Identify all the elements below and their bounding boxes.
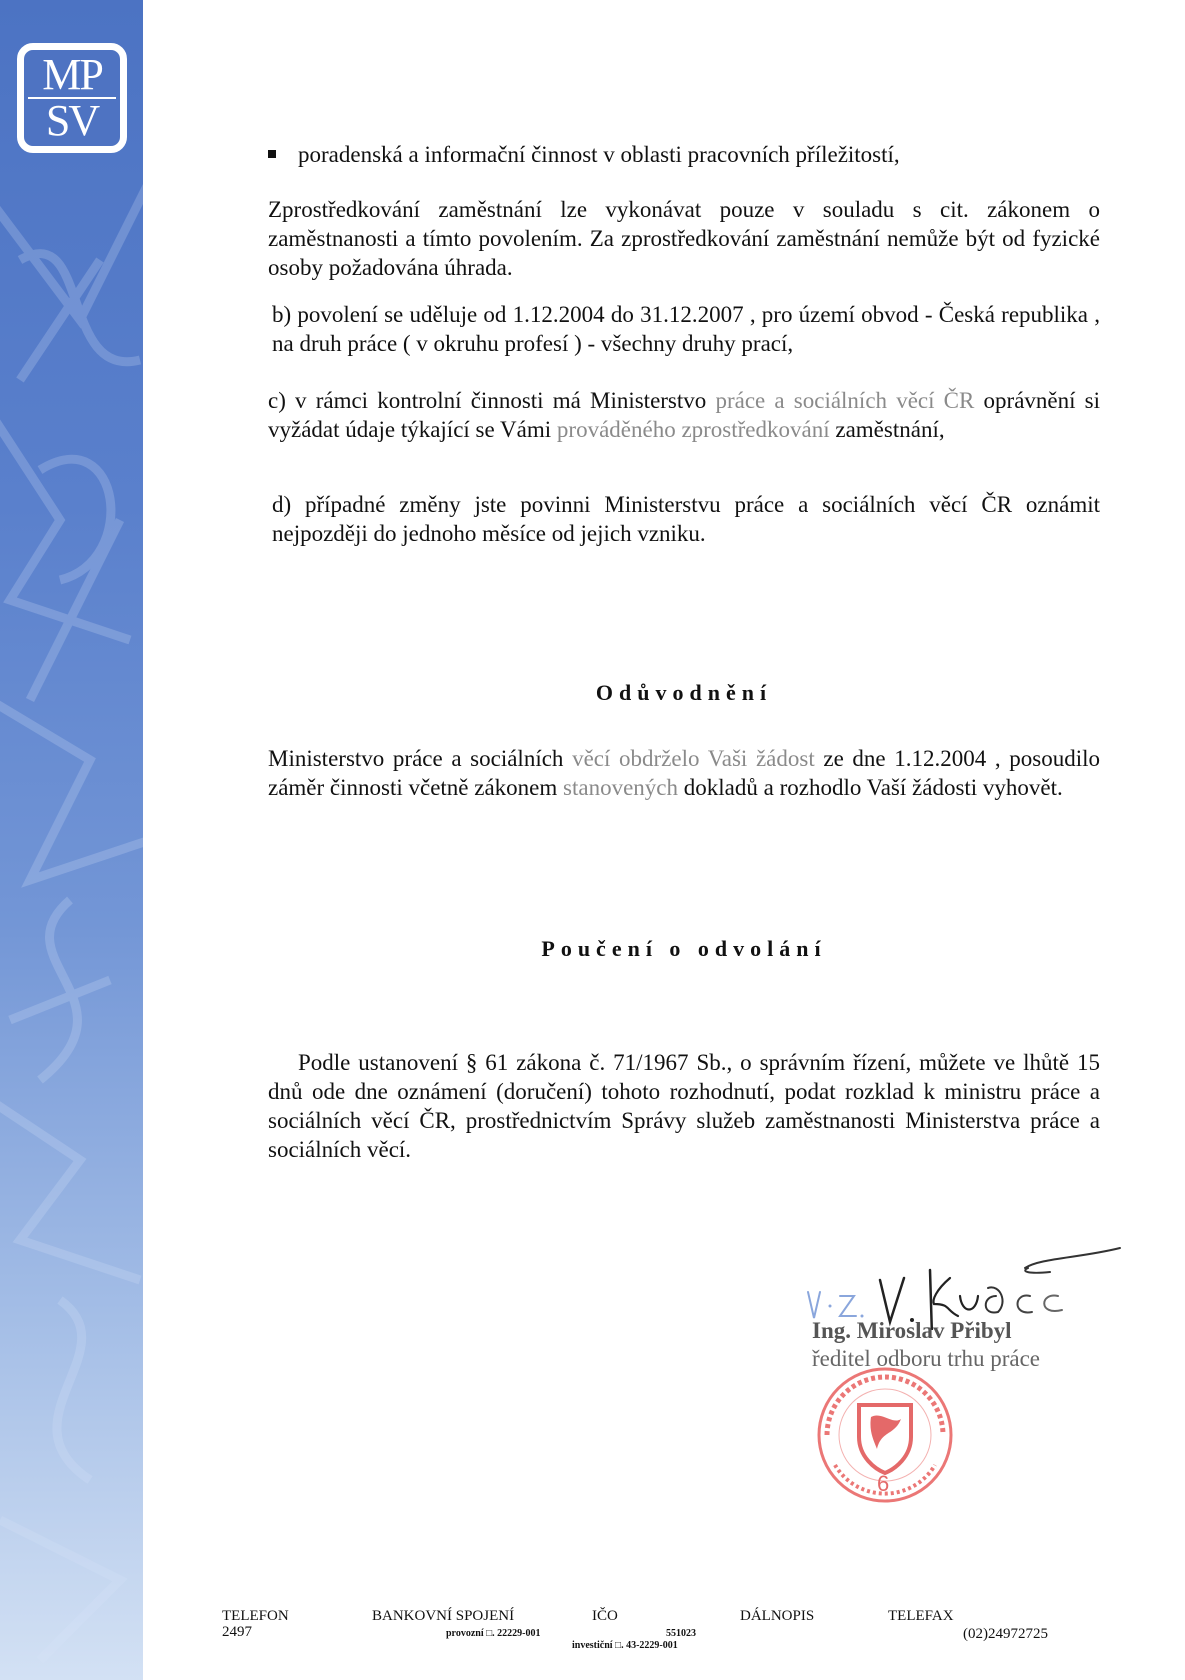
footer-telefon-label: TELEFON	[222, 1608, 289, 1625]
paragraph-c-text-5: zaměstnání,	[835, 417, 944, 442]
paragraph-c-text-4: prováděného zprostředkování	[557, 417, 830, 442]
paragraph-mediation: Zprostředkování zaměstnání lze vykonávat…	[268, 195, 1100, 282]
logo-line-2: SV	[46, 101, 98, 141]
logo-line-1: MP	[42, 55, 102, 95]
footer-telefax-value: (02)24972725	[963, 1626, 1048, 1643]
bullet-item-text: poradenská a informační činnost v oblast…	[298, 142, 900, 167]
footer-ico-value: 551023	[666, 1628, 696, 1639]
footer-dalnopis-label: DÁLNOPIS	[740, 1608, 814, 1625]
stamp-number: 6	[877, 1471, 889, 1497]
paragraph-b: b) povolení se uděluje od 1.12.2004 do 3…	[272, 300, 1100, 358]
appeal-paragraph: Podle ustanovení § 61 zákona č. 71/1967 …	[268, 1048, 1100, 1164]
justification-paragraph: Ministerstvo práce a sociálních věcí obd…	[268, 744, 1100, 802]
footer-bank-investment: investiční □. 43-2229-001	[572, 1640, 678, 1651]
bullet-square-icon	[268, 150, 276, 158]
justification-text-4: stanovených	[563, 775, 678, 800]
bullet-item: poradenská a informační činnost v oblast…	[268, 140, 900, 169]
signatory-name: Ing. Miroslav Přibyl	[812, 1318, 1012, 1344]
paragraph-c-text-1: c) v rámci kontrolní činnosti má Ministe…	[268, 388, 706, 413]
justification-text-5: dokladů a rozhodlo Vaší žádosti vyhovět.	[684, 775, 1063, 800]
paragraph-d: d) případné změny jste povinni Ministers…	[272, 490, 1100, 548]
footer-telefon-value: 2497	[222, 1624, 252, 1641]
letterhead-pattern	[0, 0, 143, 1680]
footer-bank-label: BANKOVNÍ SPOJENÍ	[372, 1608, 514, 1625]
footer-telefax-label: TELEFAX	[888, 1608, 954, 1625]
letterhead-sidebar: MP SV	[0, 0, 143, 1680]
appeal-heading: Poučení o odvolání	[268, 936, 1100, 962]
handwritten-signature	[800, 1240, 1140, 1330]
footer-ico-label: IČO	[592, 1608, 618, 1625]
official-stamp: 6	[815, 1365, 955, 1505]
paragraph-c-text-2: práce a sociálních věcí ČR	[715, 388, 974, 413]
paragraph-c: c) v rámci kontrolní činnosti má Ministe…	[268, 386, 1100, 444]
footer-bank-operating: provozní □. 22229-001	[446, 1628, 540, 1639]
mpsv-logo: MP SV	[17, 43, 127, 153]
justification-text-1: Ministerstvo práce a sociálních	[268, 746, 563, 771]
justification-heading: Odůvodnění	[268, 680, 1100, 706]
justification-text-2: věcí obdrželo Vaši žádost	[572, 746, 815, 771]
signature-icon	[800, 1240, 1140, 1330]
